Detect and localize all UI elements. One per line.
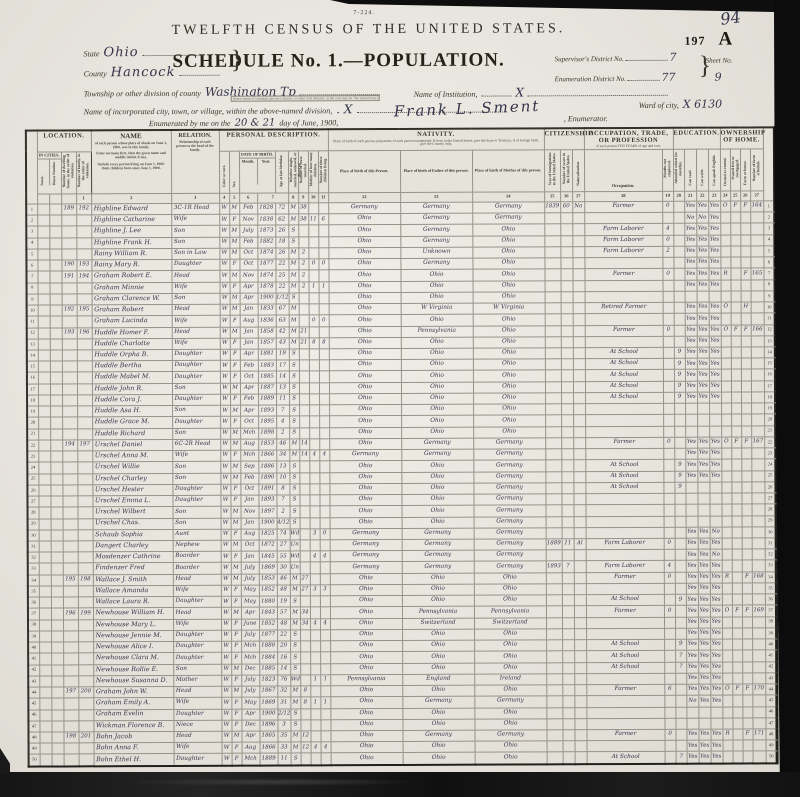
handwritten-page-number: 94 xyxy=(719,7,742,29)
cell-yr: 1869 xyxy=(259,697,277,708)
cell-dw: 196 xyxy=(63,608,78,619)
cell-mar: S xyxy=(290,641,300,652)
cell-ym xyxy=(299,293,309,304)
cell-yr: 1895 xyxy=(258,416,276,427)
cell-mo: Apr xyxy=(240,383,258,394)
cell-rd: Yes xyxy=(685,269,697,280)
cell-rel: Wife xyxy=(174,742,222,753)
cell-ym xyxy=(299,349,309,360)
cell-wr: Yes xyxy=(699,752,711,764)
cell-color: W xyxy=(221,529,231,540)
cell-wr: Yes xyxy=(699,729,711,740)
cell-en: Yes xyxy=(709,381,721,392)
cell-pf: Ohio xyxy=(401,416,473,428)
cell-imm xyxy=(544,224,560,235)
cell-rd xyxy=(686,516,698,527)
cell-house xyxy=(50,294,62,305)
cell-ln: 28 xyxy=(765,504,776,515)
cell-fm xyxy=(733,751,743,763)
cell-sex: F xyxy=(230,372,240,383)
cell-yus xyxy=(560,224,572,235)
cell-rel: Wife xyxy=(172,450,220,461)
cell-rel: Daughter xyxy=(173,709,221,720)
cell-own xyxy=(722,583,732,594)
cell-color: W xyxy=(221,585,231,596)
cell-moc xyxy=(310,540,320,551)
cell-street xyxy=(38,451,50,462)
column-number xyxy=(49,194,61,204)
cell-liv: 3 xyxy=(320,585,330,596)
cell-mo: May xyxy=(241,585,259,596)
cell-moc xyxy=(310,652,320,663)
cell-sch xyxy=(674,269,685,280)
cell-fh xyxy=(742,493,752,504)
column-number: 22 xyxy=(696,191,708,201)
cell-dw xyxy=(62,361,77,372)
cell-mne: 0 xyxy=(662,201,673,212)
cell-ln: 11 xyxy=(27,316,38,327)
cell-age: 46 xyxy=(276,439,289,450)
left-brace: } xyxy=(230,45,243,75)
cell-pob: Ohio xyxy=(330,506,402,518)
cell-own: O xyxy=(721,325,731,336)
cell-yus xyxy=(562,505,574,516)
cell-pm: Ohio xyxy=(473,404,545,416)
cell-ym: 38 xyxy=(298,203,308,214)
cell-fam xyxy=(79,743,94,754)
cell-pob: Ohio xyxy=(330,663,402,675)
cell-rd: Yes xyxy=(684,235,696,246)
cell-en: Yes xyxy=(710,695,722,706)
cell-mo: May xyxy=(241,697,259,708)
cell-name: Highline Catharine xyxy=(91,215,171,227)
cell-liv xyxy=(319,416,329,427)
cell-yr: 1885 xyxy=(259,664,277,675)
cell-pob: Ohio xyxy=(329,427,401,439)
cell-pf: Ohio xyxy=(402,685,474,697)
citizenship-group: CITIZENSHIP. xyxy=(544,128,584,150)
cell-fm xyxy=(731,268,741,279)
cell-own xyxy=(721,257,731,268)
cell-fam xyxy=(78,631,93,642)
cell-name: Dangert Charley xyxy=(93,540,173,552)
pob-mother-header: Place of birth of Mother of this person. xyxy=(472,150,544,192)
cell-rd: Yes xyxy=(685,358,697,369)
cell-yus xyxy=(562,584,574,595)
cell-pob: Ohio xyxy=(331,730,403,742)
cell-fm: F xyxy=(731,325,741,336)
cell-nat xyxy=(573,393,585,404)
cell-ln: 13 xyxy=(764,336,775,347)
cell-pm: Ohio xyxy=(474,584,546,596)
cell-imm xyxy=(547,730,563,741)
cell-nat xyxy=(573,471,585,482)
cell-pm: Ohio xyxy=(473,393,545,405)
cell-sn xyxy=(751,279,764,290)
cell-sn xyxy=(751,291,764,302)
cell-sn xyxy=(750,212,763,223)
cell-fm xyxy=(731,369,741,380)
cell-yus xyxy=(562,516,574,527)
cell-fh xyxy=(743,718,753,729)
cell-pm: Germany xyxy=(474,696,546,708)
state-blank xyxy=(143,55,203,56)
cell-wr: Yes xyxy=(697,268,709,279)
cell-own xyxy=(722,527,732,538)
column-number: 25 xyxy=(730,191,740,201)
cell-sch xyxy=(674,280,685,291)
years-married-header: Number of years married. xyxy=(298,151,308,193)
cell-mo: July xyxy=(239,226,257,237)
cell-rel: Daughter xyxy=(174,754,222,766)
cell-rel: Wife xyxy=(173,585,221,596)
attended-school-header: Attended school (in months). xyxy=(673,149,684,191)
cell-fh xyxy=(741,347,751,358)
cell-mo: Dec xyxy=(241,720,259,731)
cell-fam: 198 xyxy=(78,575,93,586)
cell-wr: Yes xyxy=(697,325,709,336)
cell-ln: 15 xyxy=(27,361,38,372)
cell-fm xyxy=(732,515,742,526)
cell-name: Huddle Homer F. xyxy=(92,327,172,339)
cell-sn xyxy=(751,369,764,380)
cell-dw: 190 xyxy=(61,260,76,271)
cell-rd: Yes xyxy=(686,594,698,605)
cell-pob: Ohio xyxy=(329,416,401,428)
ward-value: X 6130 xyxy=(683,98,722,111)
cell-fh xyxy=(740,246,750,257)
cell-en: No xyxy=(710,527,722,538)
cell-pm: Germany xyxy=(473,449,545,461)
cell-wr: Yes xyxy=(697,358,709,369)
cell-ln: 43 xyxy=(765,673,776,684)
cell-street xyxy=(39,519,51,530)
cell-mne xyxy=(664,628,675,639)
cell-liv xyxy=(319,382,329,393)
cell-house xyxy=(51,665,63,676)
cell-sn xyxy=(751,459,764,470)
cell-house xyxy=(52,743,64,754)
cell-fam xyxy=(78,597,93,608)
cell-rd: Yes xyxy=(686,549,698,560)
cell-imm xyxy=(547,719,563,730)
cell-street xyxy=(39,687,51,698)
cell-pob: Germany xyxy=(330,562,402,574)
cell-rd: Yes xyxy=(687,752,699,764)
cell-occ: Farmer xyxy=(586,606,664,618)
cell-yus: 7 xyxy=(562,561,574,572)
cell-pf: Germany xyxy=(402,696,474,708)
cell-liv xyxy=(320,540,330,551)
cell-moc xyxy=(308,225,318,236)
cell-fam xyxy=(77,473,92,484)
cell-fam: 196 xyxy=(77,327,92,338)
cell-yus xyxy=(561,404,573,415)
cell-own xyxy=(722,504,732,515)
cell-mar: S xyxy=(289,293,299,304)
cell-sn xyxy=(752,493,765,504)
cell-street xyxy=(40,743,52,754)
cell-liv xyxy=(318,248,328,259)
cell-age: 55 xyxy=(277,551,290,562)
cell-sex: F xyxy=(231,641,241,652)
cell-fh xyxy=(742,662,752,673)
cell-fam: 200 xyxy=(78,687,93,698)
cell-yus xyxy=(561,359,573,370)
cell-yus xyxy=(561,336,573,347)
cell-nat xyxy=(574,707,586,718)
cell-mar: S xyxy=(289,349,299,360)
cell-ym: 2 xyxy=(299,270,309,281)
cell-fam xyxy=(78,541,93,552)
cell-dw xyxy=(64,743,79,754)
cell-ln: 19 xyxy=(764,403,775,414)
cell-occ xyxy=(586,516,664,528)
cell-liv xyxy=(319,439,329,450)
cell-mar: Un xyxy=(290,540,300,551)
cell-liv xyxy=(319,461,329,472)
cell-occ xyxy=(585,403,663,415)
cell-age: 46 xyxy=(277,574,290,585)
cell-ym: 34 xyxy=(300,607,310,618)
column-number: 19 xyxy=(662,191,673,201)
cell-fam xyxy=(78,721,93,732)
county-value: Hancock xyxy=(111,65,176,80)
paper-sheet: 7-224. TWELFTH CENSUS OF THE UNITED STAT… xyxy=(0,0,788,778)
cell-moc xyxy=(311,731,321,742)
cell-pf: Germany xyxy=(401,449,473,461)
cell-fam xyxy=(77,406,92,417)
cell-imm xyxy=(546,674,562,685)
cell-en: Yes xyxy=(710,572,722,583)
cell-sex: M xyxy=(231,608,241,619)
cell-nat xyxy=(574,617,586,628)
cell-age: 27 xyxy=(277,540,290,551)
cell-occ: Farmer xyxy=(586,572,664,584)
cell-yr: 1890 xyxy=(258,473,276,484)
cell-pm: Germany xyxy=(472,213,544,225)
cell-pob: Ohio xyxy=(330,607,402,619)
cell-rel: Wife xyxy=(172,316,220,327)
cell-rd: Yes xyxy=(685,313,697,324)
cell-age: 2/12 xyxy=(277,708,290,719)
cell-occ: At School xyxy=(586,662,664,674)
cell-house xyxy=(49,271,61,282)
cell-pm: Ohio xyxy=(474,640,546,652)
cell-own: R xyxy=(721,268,731,279)
cell-yr: 1898 xyxy=(258,428,276,439)
cell-house xyxy=(51,608,63,619)
cell-house xyxy=(51,597,63,608)
cell-yus xyxy=(562,651,574,662)
cell-sex: M xyxy=(230,462,240,473)
institution-label: Name of Institution, xyxy=(414,90,478,99)
cell-fh xyxy=(741,280,751,291)
column-number: 6 xyxy=(239,193,257,203)
cell-rel: Daughter xyxy=(172,372,220,383)
cell-name: Newhouse Rollie E. xyxy=(93,664,173,676)
cell-ln: 3 xyxy=(26,226,37,237)
cell-yr: 1900 xyxy=(259,518,277,529)
cell-sch: 9 xyxy=(675,594,686,605)
cell-sex: F xyxy=(230,338,240,349)
cell-own xyxy=(721,471,731,482)
cell-dw xyxy=(61,226,76,237)
cell-sch xyxy=(675,538,686,549)
cell-color: W xyxy=(222,754,232,766)
cell-fm xyxy=(732,538,742,549)
cell-moc xyxy=(309,461,319,472)
cell-sex: F xyxy=(231,675,241,686)
cell-own xyxy=(722,695,732,706)
cell-dw: 192 xyxy=(62,305,77,316)
naturalization-header: Naturalization. xyxy=(572,150,584,192)
cell-color: W xyxy=(220,394,230,405)
cell-fam xyxy=(77,282,92,293)
cell-pob: Ohio xyxy=(328,259,400,271)
cell-ym xyxy=(300,675,310,686)
cell-street xyxy=(38,361,50,372)
cell-yr: 1880 xyxy=(259,641,277,652)
cell-wr xyxy=(697,291,709,302)
cell-ln: 27 xyxy=(27,496,38,507)
cell-sch xyxy=(673,246,684,257)
cell-mne: 0 xyxy=(662,235,673,246)
cell-street xyxy=(38,417,50,428)
cell-moc xyxy=(310,506,320,517)
cell-imm xyxy=(545,471,561,482)
cell-sn xyxy=(752,673,765,684)
cell-fh xyxy=(741,459,751,470)
cell-pm: Germany xyxy=(473,438,545,450)
cell-fm xyxy=(731,313,741,324)
cell-yr: 1900 xyxy=(259,709,277,720)
cell-pf: Ohio xyxy=(402,517,474,529)
cell-occ xyxy=(585,448,663,460)
cell-name: Huddle Orpha B. xyxy=(92,349,172,361)
street-header: Street. xyxy=(41,176,45,186)
cell-color: W xyxy=(220,349,230,360)
cell-mo: Mch xyxy=(241,652,259,663)
cell-imm xyxy=(545,280,561,291)
cell-nat xyxy=(574,505,586,516)
cell-wr: Yes xyxy=(698,583,710,594)
cell-ym xyxy=(300,540,310,551)
cell-ln: 1 xyxy=(26,204,37,215)
cell-ln: 43 xyxy=(28,676,39,687)
cell-rd: Yes xyxy=(685,460,697,471)
cell-yr: 1881 xyxy=(258,349,276,360)
cell-pm: Ohio xyxy=(475,719,547,731)
cell-dw xyxy=(63,709,78,720)
cell-own: O xyxy=(721,437,731,448)
cell-mo: Jan xyxy=(241,551,259,562)
cell-mar: S xyxy=(289,472,299,483)
cell-age: 20 xyxy=(277,641,290,652)
cell-sch xyxy=(674,437,685,448)
cell-ln: 42 xyxy=(765,661,776,672)
cell-ln: 32 xyxy=(765,549,776,560)
cell-mne xyxy=(663,415,674,426)
cell-en xyxy=(710,707,722,718)
cell-name: Newhouse Jennie M. xyxy=(93,630,173,642)
cell-rel: Son in Law xyxy=(171,248,219,259)
cell-moc xyxy=(309,371,319,382)
cell-ym: 8 xyxy=(300,697,310,708)
cell-street xyxy=(39,665,51,676)
cell-sch xyxy=(675,684,686,695)
cell-name: Huddle Bertha xyxy=(92,361,172,373)
cell-color: W xyxy=(221,697,231,708)
cell-fam: 193 xyxy=(76,260,91,271)
cell-yus xyxy=(561,449,573,460)
cell-ln: 49 xyxy=(29,743,40,754)
cell-dw xyxy=(62,372,77,383)
cell-fam xyxy=(77,361,92,372)
cell-pm: Ohio xyxy=(473,348,545,360)
cell-liv xyxy=(320,720,330,731)
cell-en: Yes xyxy=(709,459,721,470)
cell-wr xyxy=(697,415,709,426)
cell-moc xyxy=(308,203,318,214)
cell-en: Yes xyxy=(708,201,720,212)
cell-fam xyxy=(78,664,93,675)
cell-name: Bohn Jacob xyxy=(94,731,174,743)
cell-sex: F xyxy=(231,652,241,663)
cell-mne: 0 xyxy=(664,538,675,549)
cell-sch: 7 xyxy=(675,662,686,673)
cell-ln: 35 xyxy=(28,586,39,597)
cell-fm xyxy=(731,414,741,425)
cell-fm xyxy=(732,673,742,684)
cell-imm xyxy=(545,426,561,437)
cell-ym: 34 xyxy=(300,618,310,629)
cell-own xyxy=(722,549,732,560)
cell-yus xyxy=(561,314,573,325)
cell-ln: 24 xyxy=(27,462,38,473)
cell-dw xyxy=(61,215,76,226)
cell-pm: Germany xyxy=(473,460,545,472)
cell-color: W xyxy=(220,316,230,327)
cell-ym: 38 xyxy=(298,214,308,225)
cell-age: 67 xyxy=(276,304,289,315)
cell-mar: Wd xyxy=(290,675,300,686)
cell-imm: 1893 xyxy=(546,561,562,572)
cell-en: Yes xyxy=(710,583,722,594)
cell-ln: 16 xyxy=(27,373,38,384)
cell-mo: July xyxy=(241,574,259,585)
cell-color: W xyxy=(220,304,230,315)
cell-nat xyxy=(574,696,586,707)
cell-occ xyxy=(586,696,664,708)
cell-color: W xyxy=(220,484,230,495)
cell-pob: Ohio xyxy=(329,304,401,316)
cell-dw xyxy=(63,620,78,631)
township-label: Township or other division of county xyxy=(84,89,201,99)
cell-yus xyxy=(561,393,573,404)
cell-ln: 37 xyxy=(28,608,39,619)
cell-mo: Apr xyxy=(240,349,258,360)
cell-pob: Ohio xyxy=(329,292,401,304)
cell-liv xyxy=(318,225,328,236)
cell-name: Urschel Anna M. xyxy=(92,451,172,463)
cell-street xyxy=(38,440,50,451)
cell-occ xyxy=(587,741,665,753)
cell-imm xyxy=(544,213,560,224)
cell-rel: Wife xyxy=(172,282,220,293)
cell-rd: Yes xyxy=(685,257,697,268)
cell-mar: S xyxy=(289,371,299,382)
